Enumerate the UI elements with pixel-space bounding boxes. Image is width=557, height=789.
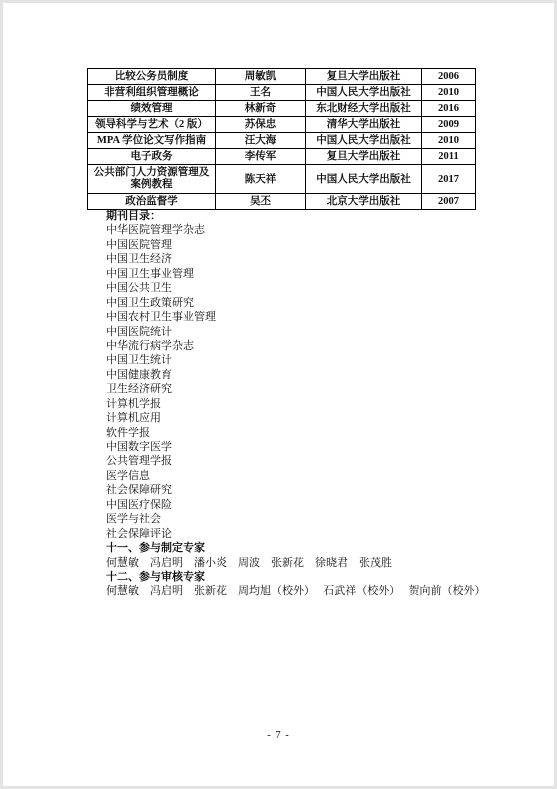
book-title-cell: 电子政务 xyxy=(88,149,216,165)
drafting-experts-names: 何慧敏 冯启明 潘小炎 周波 张新花 徐晓君 张茂胜 xyxy=(106,556,514,570)
page-number: - 7 - xyxy=(3,730,554,741)
journal-catalog-block: 期刊目录： 中华医院管理学杂志 中国医院管理 中国卫生经济 中国卫生事业管理 中… xyxy=(106,209,514,599)
journal-item: 中国医院统计 xyxy=(106,325,514,339)
author-cell: 周敏凯 xyxy=(216,69,306,85)
journal-item: 中国公共卫生 xyxy=(106,281,514,295)
review-experts-names: 何慧敏 冯启明 张新花 周均旭（校外） 石武祥（校外） 贺向前（校外） xyxy=(106,584,514,598)
journal-item: 计算机应用 xyxy=(106,411,514,425)
book-title-cell: 非营利组织管理概论 xyxy=(88,85,216,101)
book-title-cell: 比较公务员制度 xyxy=(88,69,216,85)
year-cell: 2007 xyxy=(422,194,476,210)
journal-item: 中华医院管理学杂志 xyxy=(106,223,514,237)
author-cell: 苏保忠 xyxy=(216,117,306,133)
journal-catalog-heading: 期刊目录： xyxy=(106,209,514,223)
publisher-cell: 复旦大学出版社 xyxy=(306,149,422,165)
year-cell: 2011 xyxy=(422,149,476,165)
journal-item: 医学与社会 xyxy=(106,512,514,526)
book-title-cell: 绩效管理 xyxy=(88,101,216,117)
journal-item: 社会保障研究 xyxy=(106,483,514,497)
book-title-cell: 公共部门人力资源管理及案例教程 xyxy=(88,165,216,194)
journal-item: 中华流行病学杂志 xyxy=(106,339,514,353)
table-row: 非营利组织管理概论 王名 中国人民大学出版社 2010 xyxy=(88,85,476,101)
publisher-cell: 东北财经大学出版社 xyxy=(306,101,422,117)
book-title-cell: 领导科学与艺术（2 版） xyxy=(88,117,216,133)
book-title-cell: MPA 学位论文写作指南 xyxy=(88,133,216,149)
author-cell: 吴丕 xyxy=(216,194,306,210)
journal-item: 公共管理学报 xyxy=(106,454,514,468)
publisher-cell: 清华大学出版社 xyxy=(306,117,422,133)
journal-item: 医学信息 xyxy=(106,469,514,483)
document-page: 比较公务员制度 周敏凯 复旦大学出版社 2006 非营利组织管理概论 王名 中国… xyxy=(0,0,557,789)
journal-item: 中国数字医学 xyxy=(106,440,514,454)
publisher-cell: 中国人民大学出版社 xyxy=(306,133,422,149)
year-cell: 2016 xyxy=(422,101,476,117)
section-heading-review-experts: 十二、参与审核专家 xyxy=(106,570,514,584)
table-row: MPA 学位论文写作指南 汪大海 中国人民大学出版社 2010 xyxy=(88,133,476,149)
journal-item: 中国卫生统计 xyxy=(106,353,514,367)
journal-item: 中国健康教育 xyxy=(106,368,514,382)
publisher-cell: 中国人民大学出版社 xyxy=(306,85,422,101)
year-cell: 2009 xyxy=(422,117,476,133)
journal-item: 中国卫生政策研究 xyxy=(106,296,514,310)
publisher-cell: 中国人民大学出版社 xyxy=(306,165,422,194)
journal-item: 中国卫生事业管理 xyxy=(106,267,514,281)
table-row: 比较公务员制度 周敏凯 复旦大学出版社 2006 xyxy=(88,69,476,85)
book-reference-table: 比较公务员制度 周敏凯 复旦大学出版社 2006 非营利组织管理概论 王名 中国… xyxy=(87,68,476,210)
journal-item: 中国医疗保险 xyxy=(106,498,514,512)
publisher-cell: 复旦大学出版社 xyxy=(306,69,422,85)
book-title-cell: 政治监督学 xyxy=(88,194,216,210)
year-cell: 2006 xyxy=(422,69,476,85)
journal-item: 软件学报 xyxy=(106,426,514,440)
table-row: 公共部门人力资源管理及案例教程 陈天祥 中国人民大学出版社 2017 xyxy=(88,165,476,194)
journal-item: 计算机学报 xyxy=(106,397,514,411)
author-cell: 陈天祥 xyxy=(216,165,306,194)
section-heading-drafting-experts: 十一、参与制定专家 xyxy=(106,541,514,555)
author-cell: 王名 xyxy=(216,85,306,101)
table-row: 政治监督学 吴丕 北京大学出版社 2007 xyxy=(88,194,476,210)
table-row: 电子政务 李传军 复旦大学出版社 2011 xyxy=(88,149,476,165)
table-row: 绩效管理 林新奇 东北财经大学出版社 2016 xyxy=(88,101,476,117)
year-cell: 2010 xyxy=(422,85,476,101)
author-cell: 汪大海 xyxy=(216,133,306,149)
journal-item: 社会保障评论 xyxy=(106,527,514,541)
journal-item: 中国医院管理 xyxy=(106,238,514,252)
year-cell: 2017 xyxy=(422,165,476,194)
table-row: 领导科学与艺术（2 版） 苏保忠 清华大学出版社 2009 xyxy=(88,117,476,133)
publisher-cell: 北京大学出版社 xyxy=(306,194,422,210)
author-cell: 李传军 xyxy=(216,149,306,165)
author-cell: 林新奇 xyxy=(216,101,306,117)
journal-item: 中国农村卫生事业管理 xyxy=(106,310,514,324)
year-cell: 2010 xyxy=(422,133,476,149)
journal-item: 卫生经济研究 xyxy=(106,382,514,396)
journal-item: 中国卫生经济 xyxy=(106,252,514,266)
